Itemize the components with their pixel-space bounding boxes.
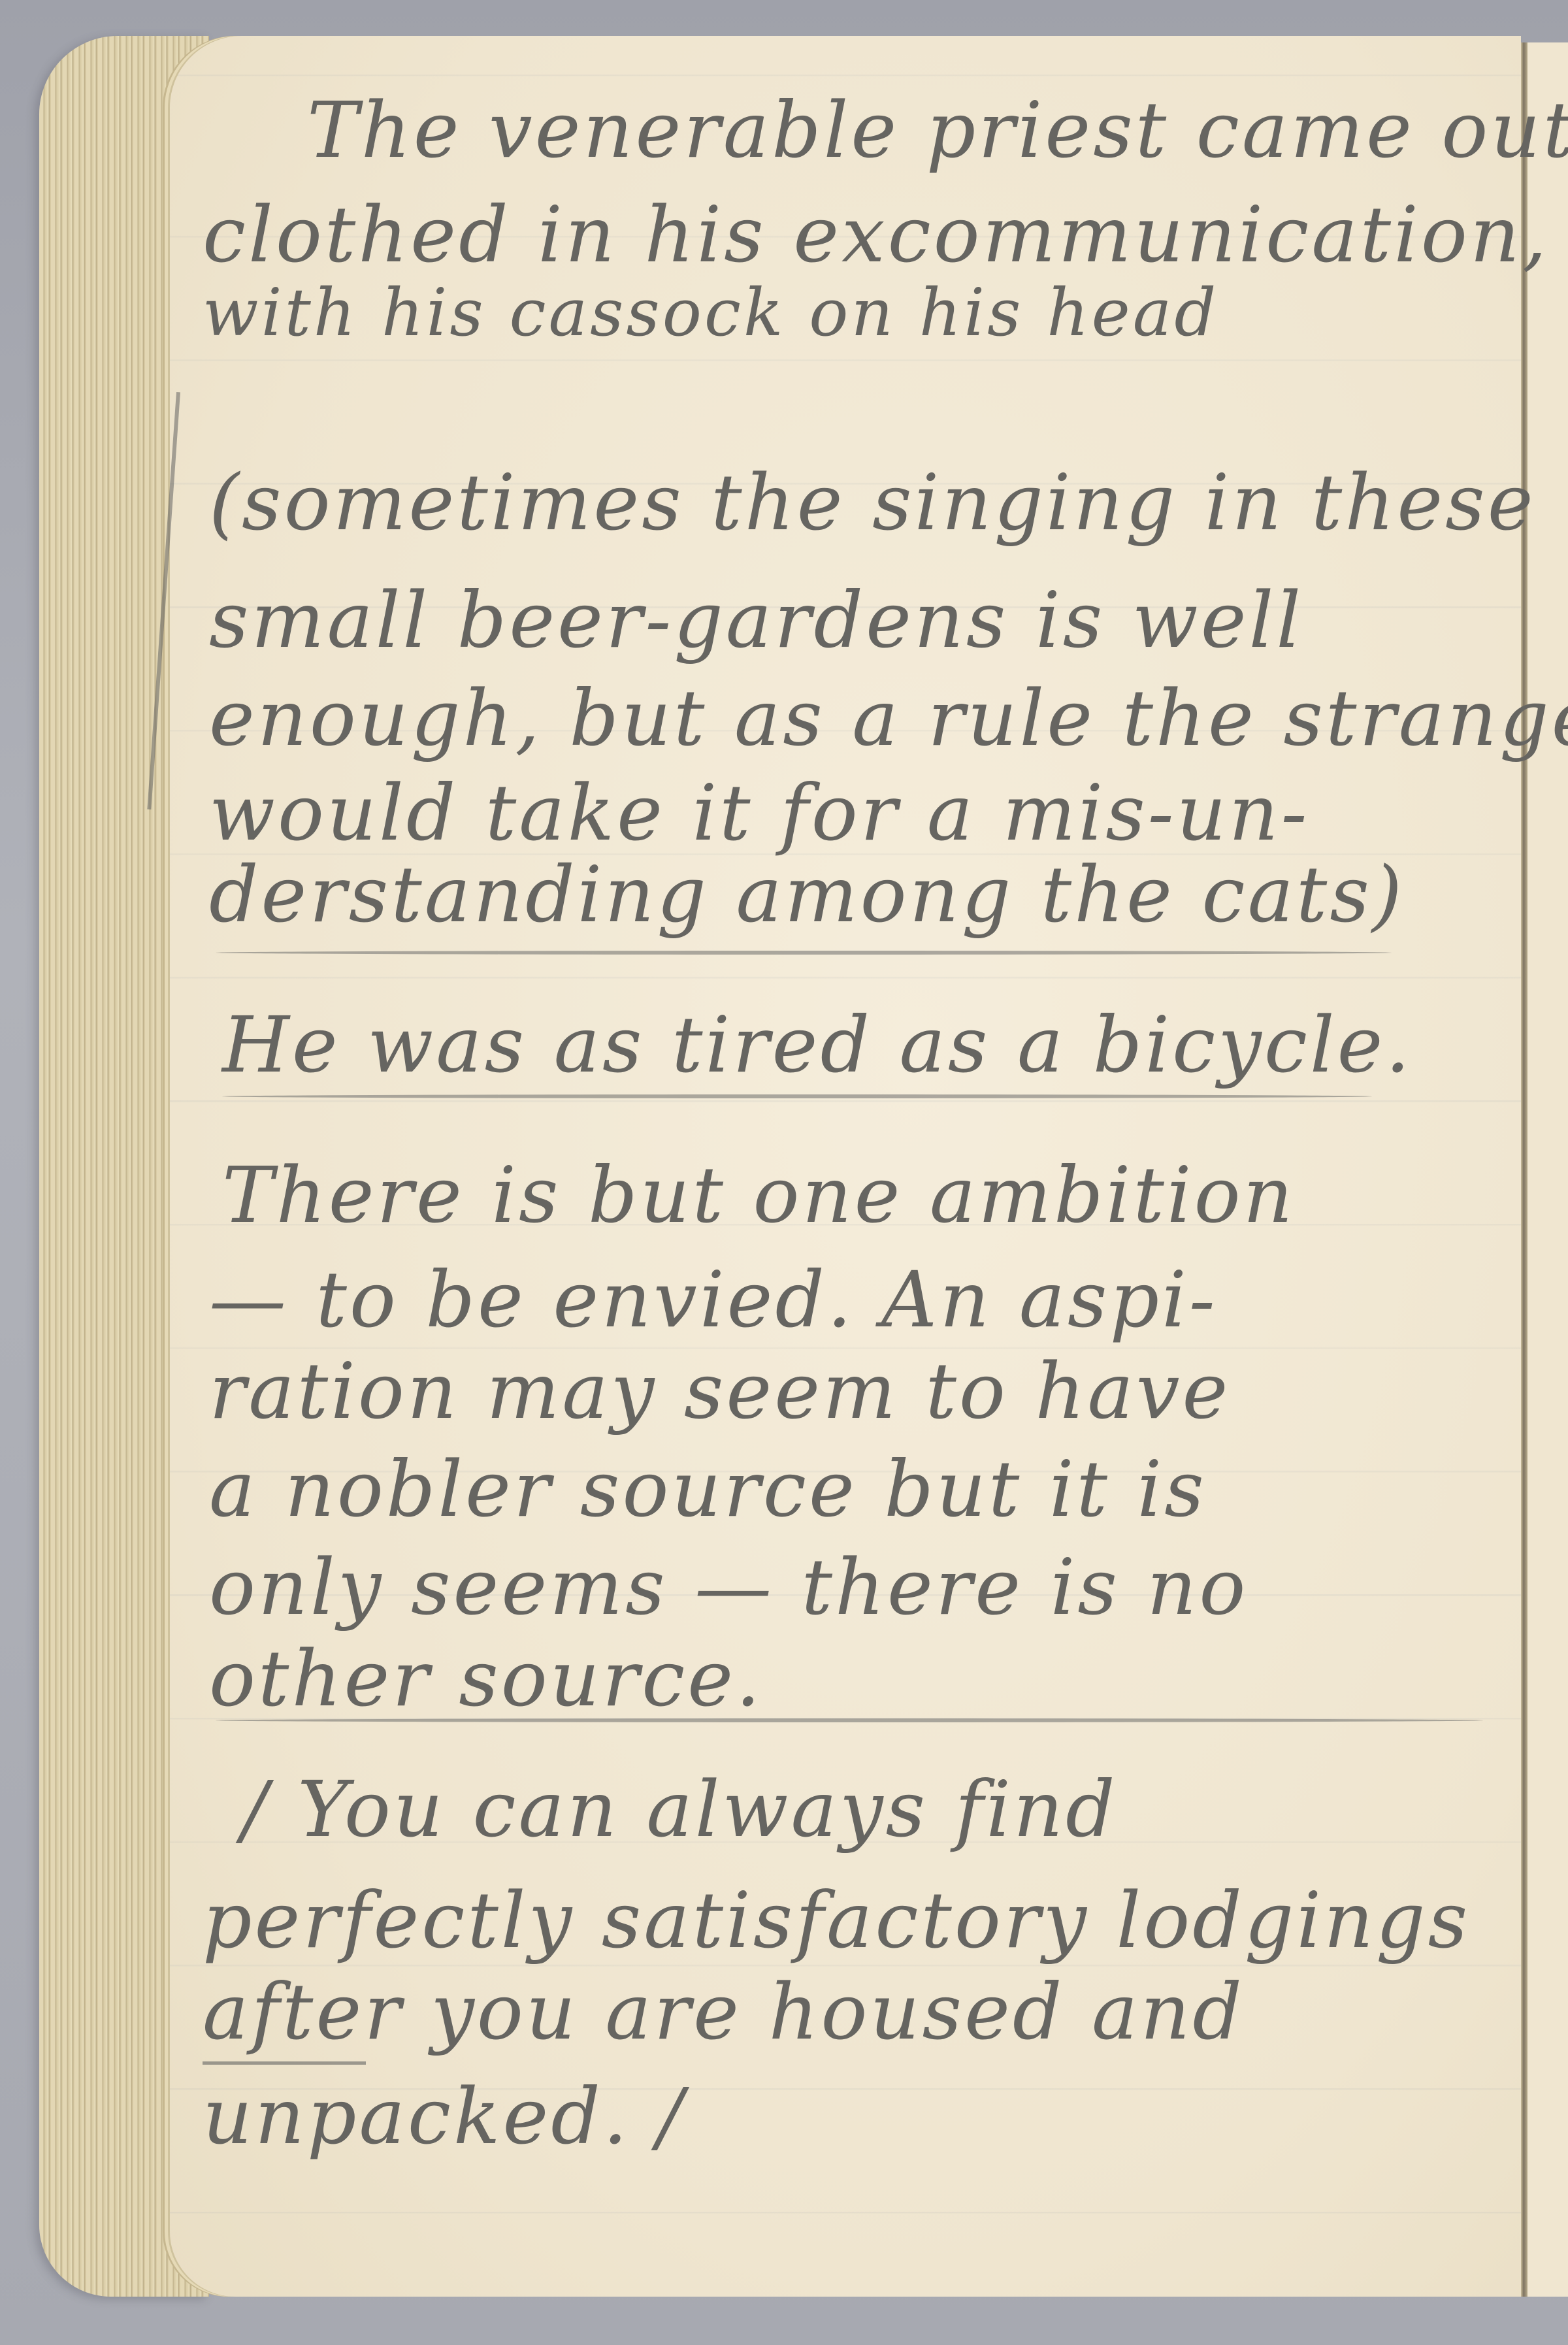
binding-gutter xyxy=(1521,42,1527,2297)
text-line: enough, but as a rule the stranger xyxy=(209,673,1568,763)
text-line: a nobler source but it is xyxy=(209,1444,1207,1534)
text-line: (sometimes the singing in these xyxy=(209,457,1536,548)
text-line: There is but one ambition xyxy=(222,1150,1296,1240)
text-line: He was as tired as a bicycle. xyxy=(222,1000,1413,1090)
text-line: perfectly satisfactory lodgings xyxy=(203,1875,1470,1965)
text-line: The venerable priest came out xyxy=(307,85,1568,175)
text-line: / You can always find xyxy=(242,1764,1118,1854)
text-line: derstanding among the cats) xyxy=(209,849,1405,940)
text-line: unpacked. / xyxy=(203,2071,686,2161)
facing-page-edge xyxy=(1527,42,1568,2297)
text-line: clothed in his excommunication, xyxy=(203,189,1549,280)
text-line: only seems — there is no xyxy=(209,1542,1248,1632)
wavy-divider xyxy=(216,1718,1483,1722)
text-line: with his cassock on his head xyxy=(203,274,1218,351)
text-line: ration may seem to have xyxy=(209,1346,1230,1436)
text-line: other source. xyxy=(209,1633,763,1724)
underline-after xyxy=(203,2061,366,2065)
text-line: — to be envied. An aspi- xyxy=(209,1254,1218,1345)
text-line: small beer-gardens is well xyxy=(209,575,1303,665)
text-line: after you are housed and xyxy=(203,1967,1245,2057)
text-line: would take it for a mis-un- xyxy=(209,768,1310,858)
wavy-divider xyxy=(216,951,1392,955)
wavy-divider xyxy=(222,1094,1372,1098)
